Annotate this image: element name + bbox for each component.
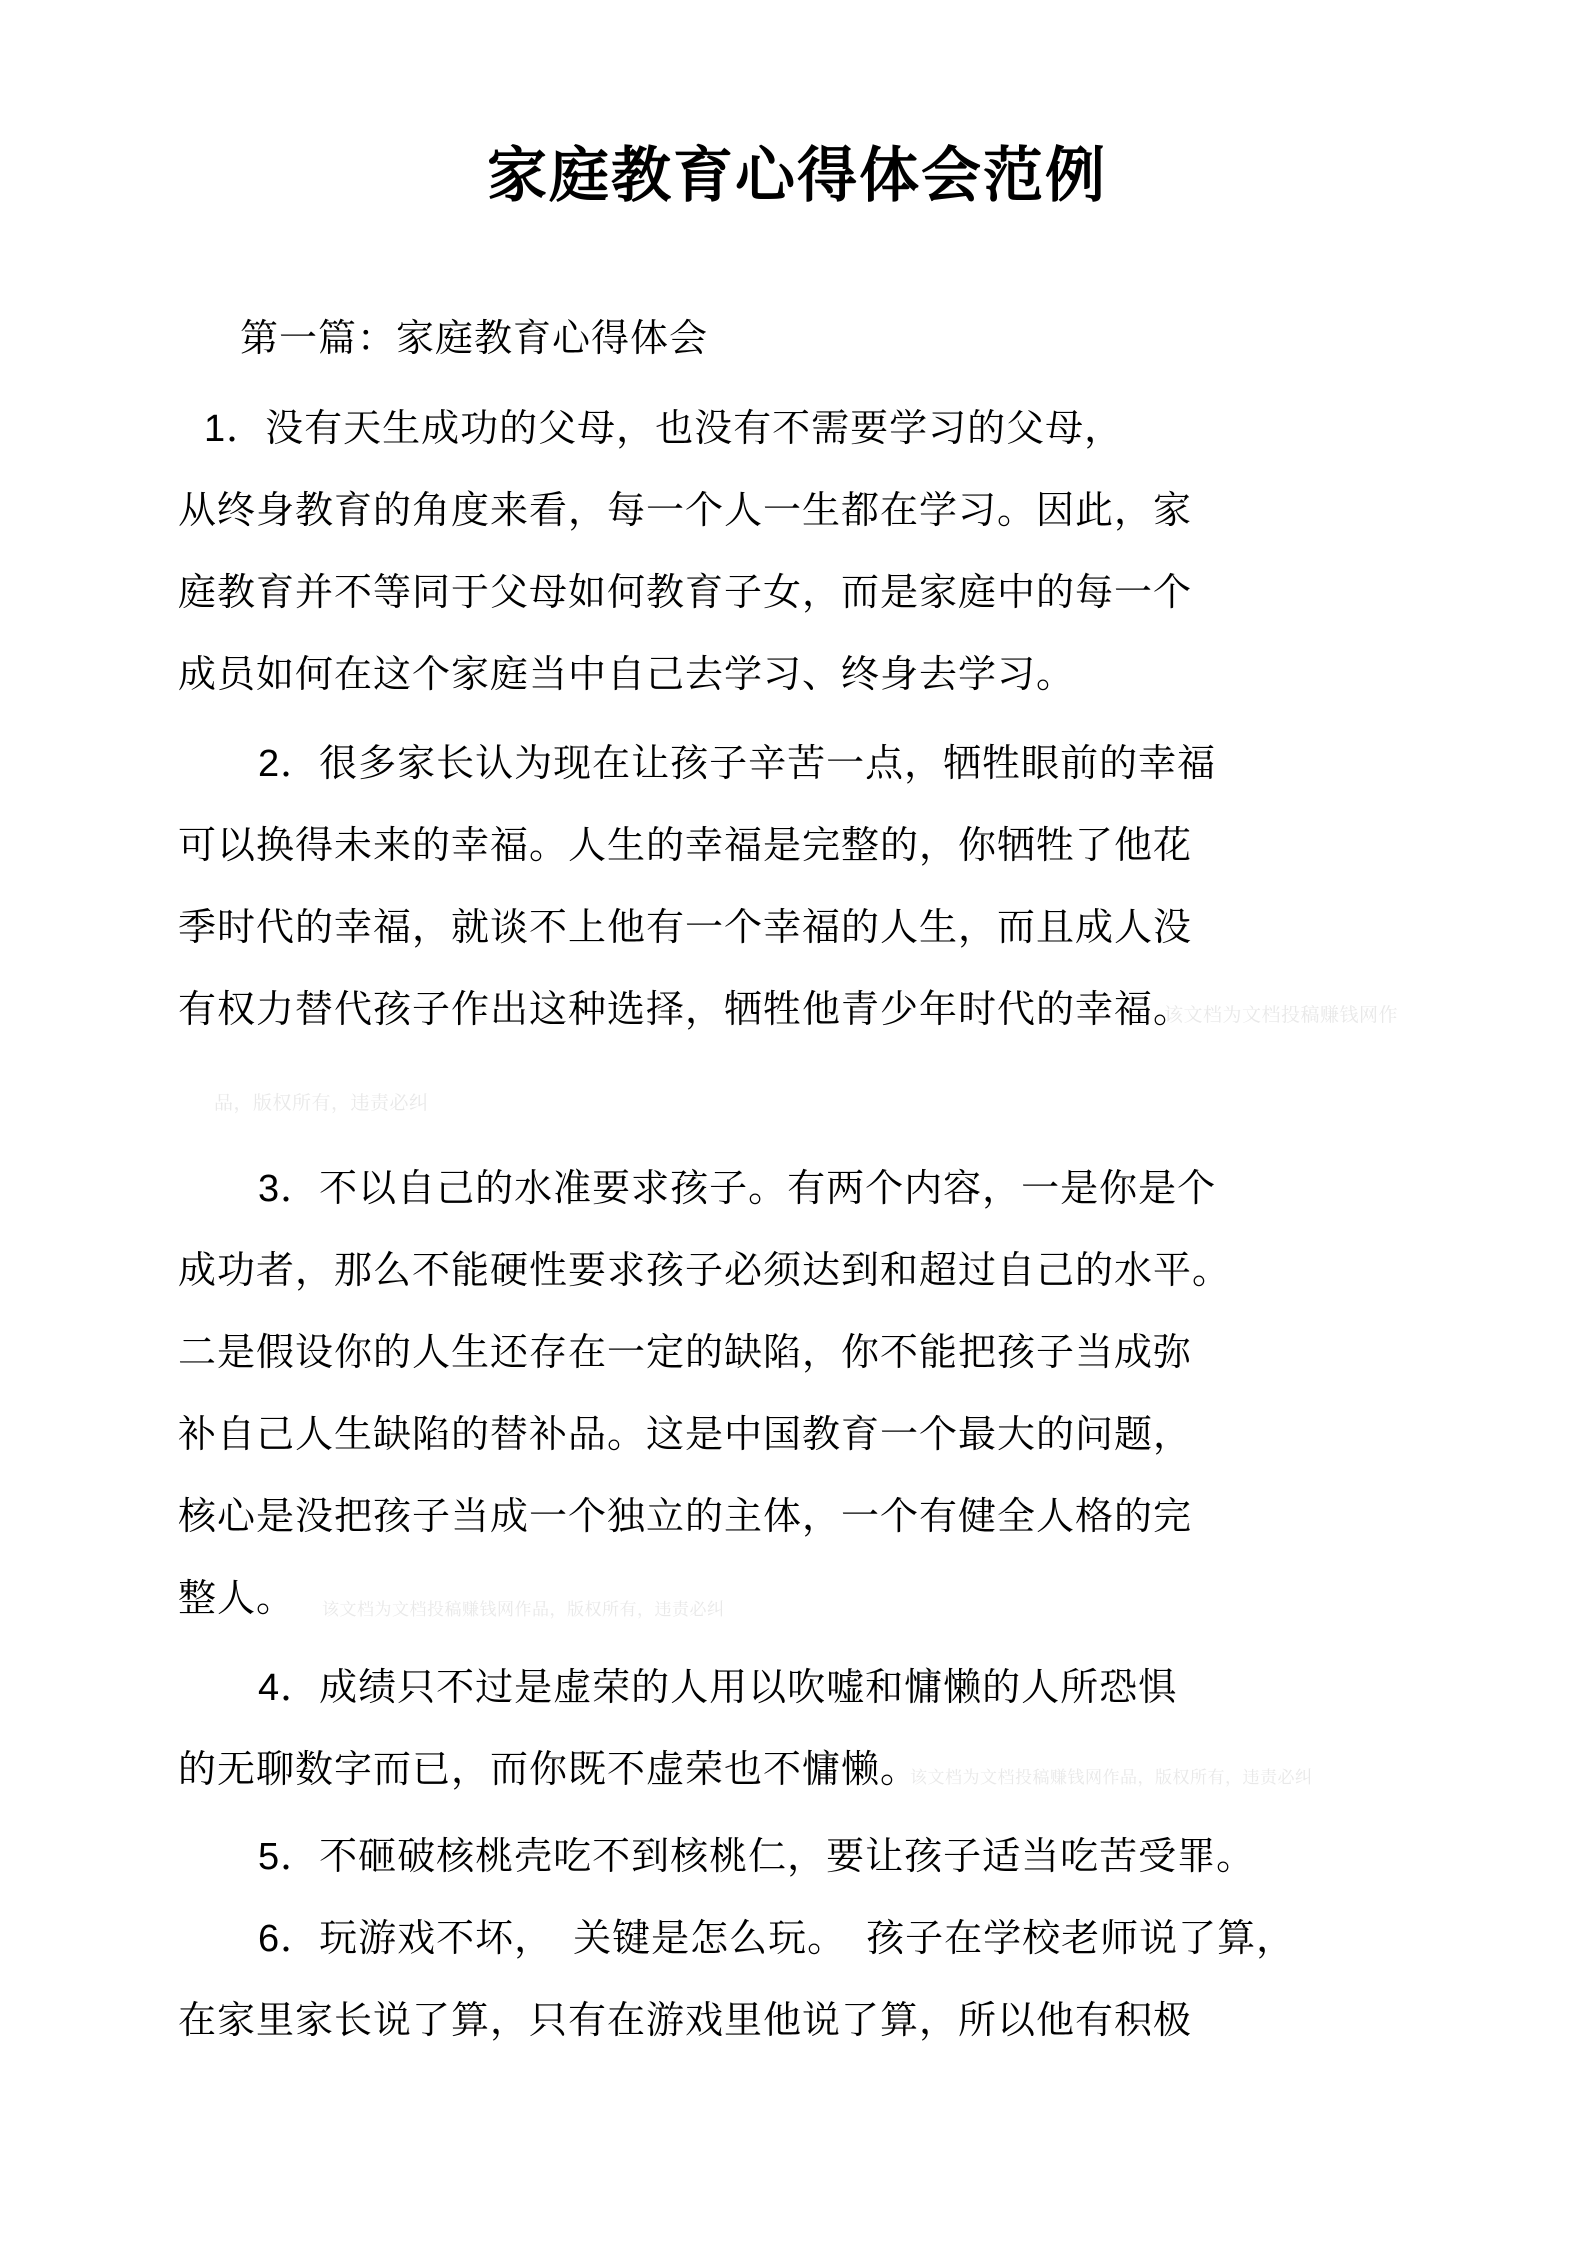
text-line: 二是假设你的人生还存在一定的缺陷，你不能把孩子当成弥 [178,1312,1278,1394]
text-line: 成员如何在这个家庭当中自己去学习、终身去学习。 [178,634,1278,716]
text-line: 6．玩游戏不坏， 关键是怎么玩。 孩子在学校老师说了算， [178,1898,1278,1980]
doc-body: 1．没有天生成功的父母，也没有不需要学习的父母， 从终身教育的角度来看，每一个人… [178,388,1278,2062]
text-line: 补自己人生缺陷的替补品。这是中国教育一个最大的问题， [178,1394,1278,1476]
text-line: 核心是没把孩子当成一个独立的主体，一个有健全人格的完 [178,1476,1278,1558]
doc-title: 家庭教育心得体会范例 [0,146,1594,206]
doc-subtitle: 第一篇：家庭教育心得体会 [240,320,708,358]
text-line: 庭教育并不等同于父母如何教育子女，而是家庭中的每一个 [178,552,1278,634]
text-line: 2．很多家长认为现在让孩子辛苦一点，牺牲眼前的幸福 [178,723,1278,805]
paragraph-4: 4．成绩只不过是虚荣的人用以吹嘘和慵懒的人所恐惧 的无聊数字而已，而你既不虚荣也… [178,1647,1278,1811]
text-line: 成功者，那么不能硬性要求孩子必须达到和超过自己的水平。 [178,1230,1278,1312]
text-line: 有权力替代孩子作出这种选择，牺牲他青少年时代的幸福。 [178,969,1278,1051]
text-line: 1．没有天生成功的父母，也没有不需要学习的父母， [178,388,1278,470]
text-line: 从终身教育的角度来看，每一个人一生都在学习。因此，家 [178,470,1278,552]
text-line: 的无聊数字而已，而你既不虚荣也不慵懒。 [178,1729,1278,1811]
paragraph-2: 2．很多家长认为现在让孩子辛苦一点，牺牲眼前的幸福 可以换得未来的幸福。人生的幸… [178,723,1278,1051]
document-page: 家庭教育心得体会范例 第一篇：家庭教育心得体会 1．没有天生成功的父母，也没有不… [0,0,1594,2256]
paragraph-5: 5．不砸破核桃壳吃不到核桃仁，要让孩子适当吃苦受罪。 [178,1816,1278,1898]
text-line: 5．不砸破核桃壳吃不到核桃仁，要让孩子适当吃苦受罪。 [178,1816,1278,1898]
text-line: 整人。 [178,1558,1278,1640]
paragraph-6: 6．玩游戏不坏， 关键是怎么玩。 孩子在学校老师说了算， 在家里家长说了算，只有… [178,1898,1278,2062]
text-line: 季时代的幸福，就谈不上他有一个幸福的人生，而且成人没 [178,887,1278,969]
text-line: 3．不以自己的水准要求孩子。有两个内容，一是你是个 [178,1148,1278,1230]
paragraph-1: 1．没有天生成功的父母，也没有不需要学习的父母， 从终身教育的角度来看，每一个人… [178,388,1278,716]
text-line: 在家里家长说了算，只有在游戏里他说了算，所以他有积极 [178,1980,1278,2062]
paragraph-3: 3．不以自己的水准要求孩子。有两个内容，一是你是个 成功者，那么不能硬性要求孩子… [178,1148,1278,1640]
text-line: 可以换得未来的幸福。人生的幸福是完整的，你牺牲了他花 [178,805,1278,887]
text-line: 4．成绩只不过是虚荣的人用以吹嘘和慵懒的人所恐惧 [178,1647,1278,1729]
